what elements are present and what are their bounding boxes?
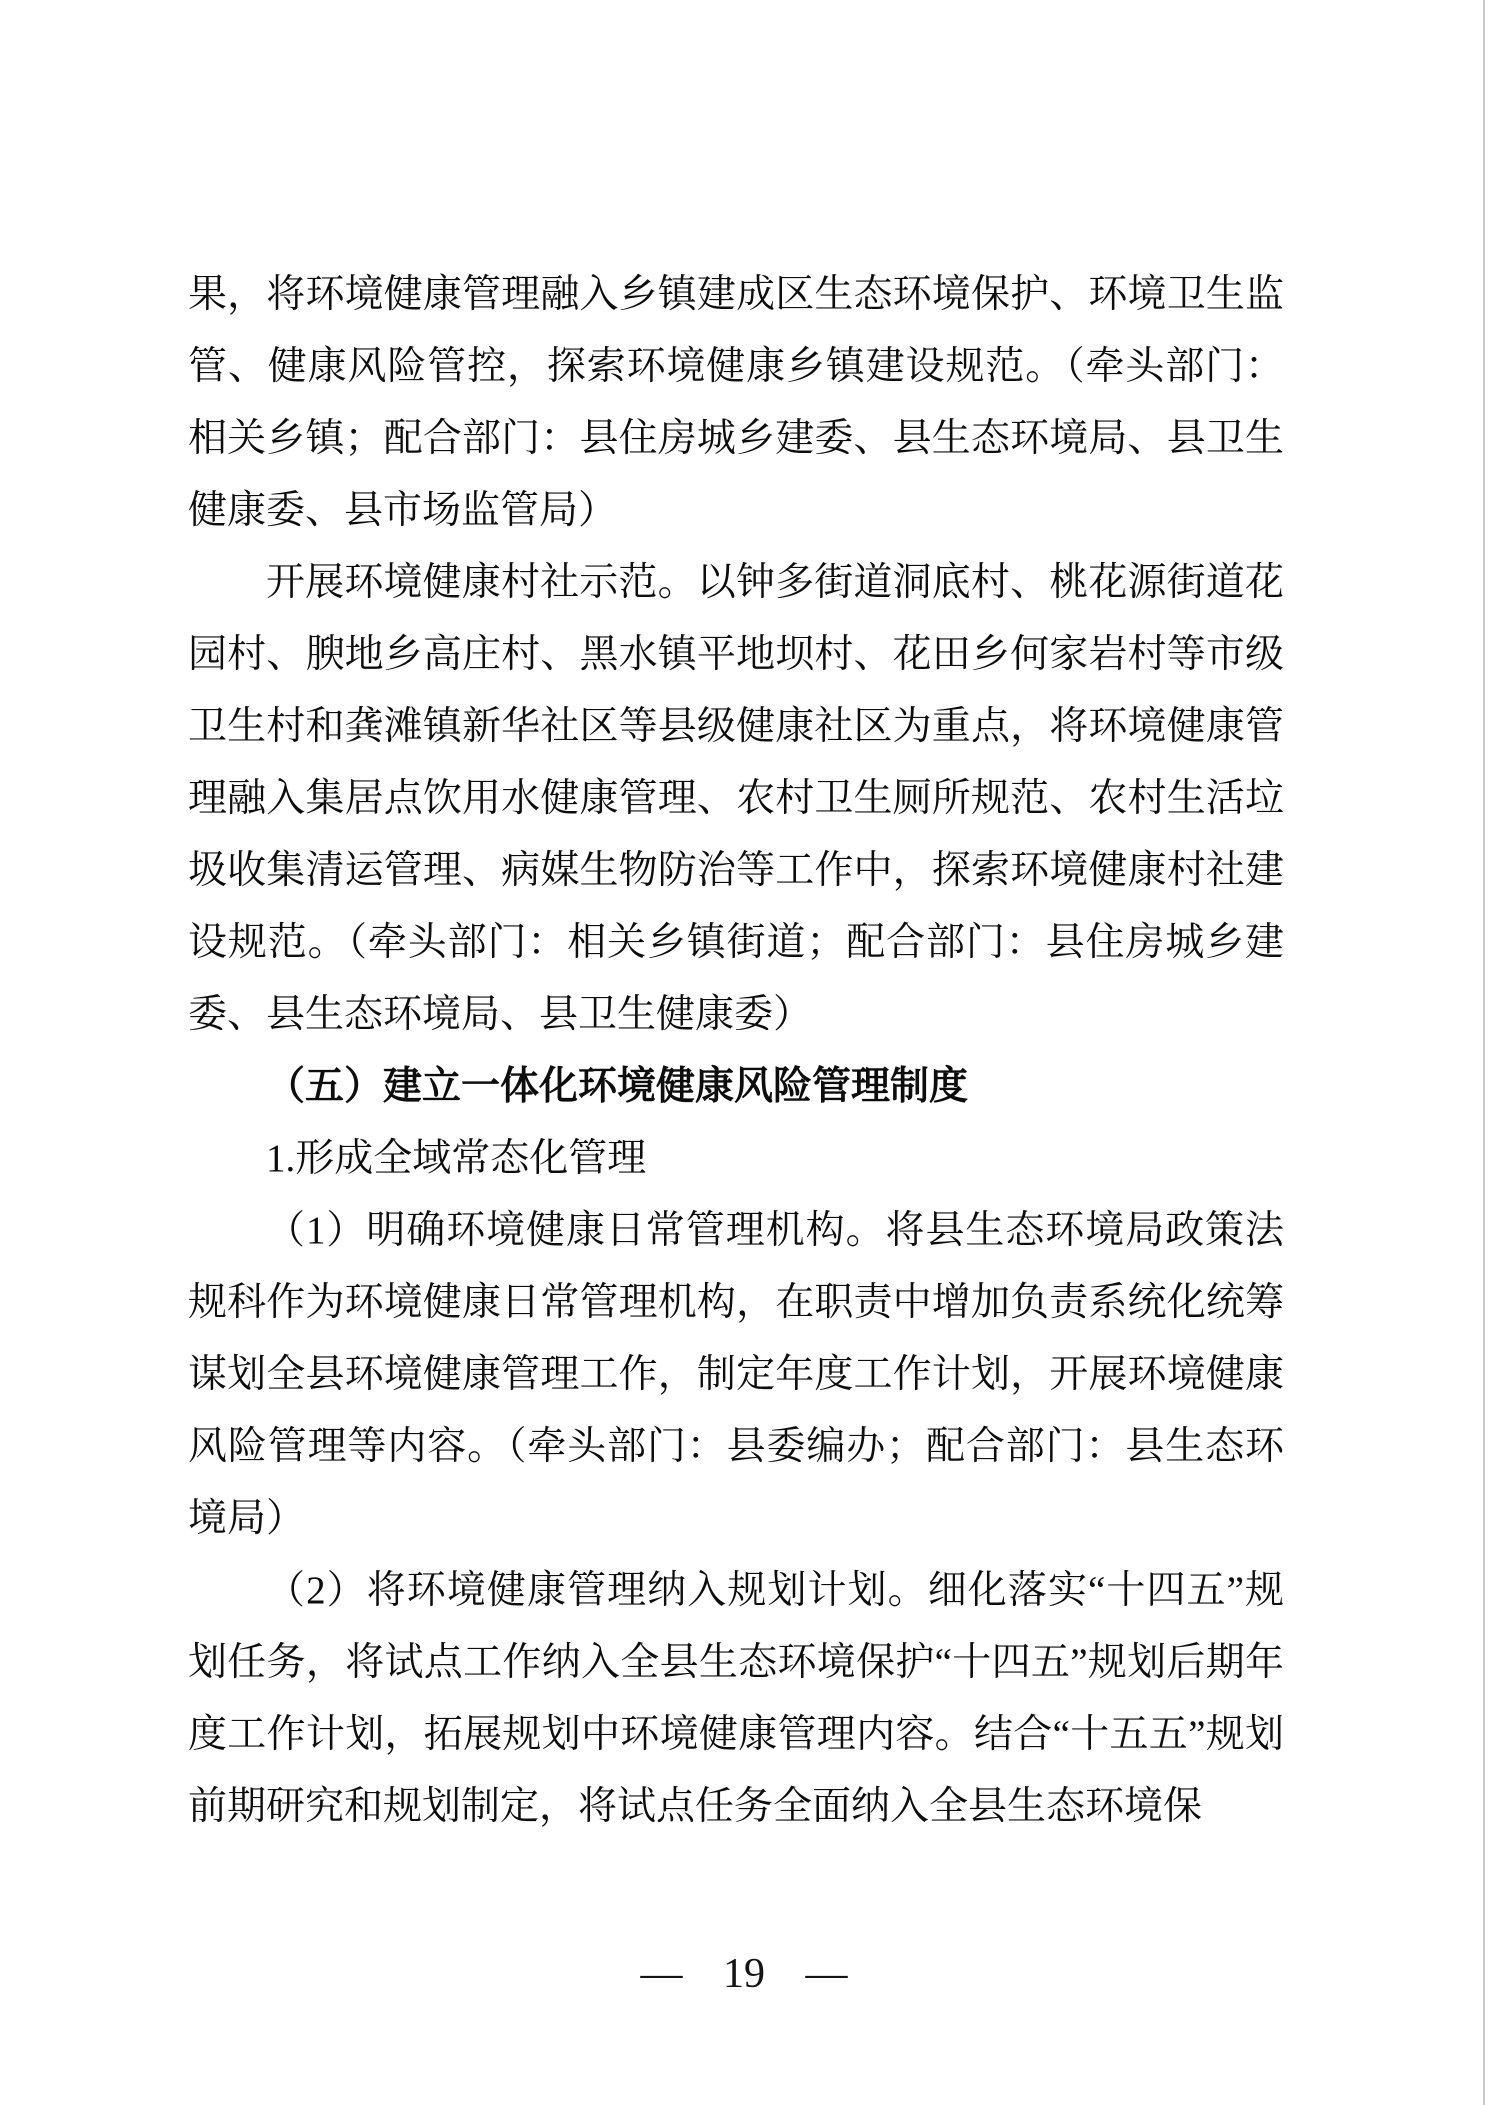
paragraph-clause-1: （1）明确环境健康日常管理机构。将县生态环境局政策法规科作为环境健康日常管理机构… xyxy=(188,1195,1284,1555)
document-body: 果，将环境健康管理融入乡镇建成区生态环境保护、环境卫生监管、健康风险管控，探索环… xyxy=(188,259,1284,1843)
section-heading-5: （五）建立一体化环境健康风险管理制度 xyxy=(188,1051,1284,1123)
paragraph-village-community-demo: 开展环境健康村社示范。以钟多街道洞底村、桃花源街道花园村、腴地乡高庄村、黑水镇平… xyxy=(188,547,1284,1051)
paragraph-clause-2: （2）将环境健康管理纳入规划计划。细化落实“十四五”规划任务，将试点工作纳入全县… xyxy=(188,1555,1284,1843)
paragraph-continuation: 果，将环境健康管理融入乡镇建成区生态环境保护、环境卫生监管、健康风险管控，探索环… xyxy=(188,259,1284,547)
footer-left-dash: — xyxy=(641,1938,683,2010)
document-page: 果，将环境健康管理融入乡镇建成区生态环境保护、环境卫生监管、健康风险管控，探索环… xyxy=(0,0,1488,2105)
page-edge-line xyxy=(1483,0,1485,2105)
footer-right-dash: — xyxy=(806,1938,848,2010)
subsection-heading-1: 1.形成全域常态化管理 xyxy=(188,1123,1284,1195)
page-number: 19 xyxy=(723,1938,765,2010)
page-footer: — 19 — xyxy=(0,1938,1488,2010)
